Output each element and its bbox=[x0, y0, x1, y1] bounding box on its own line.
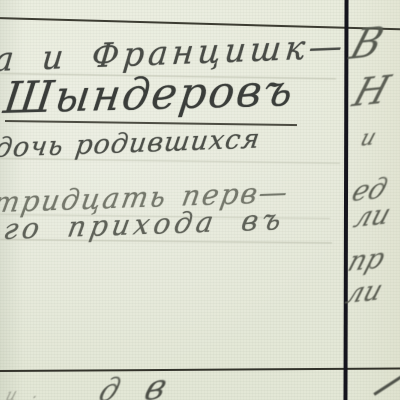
handwritten-fragment-bottom-3: и . bbox=[3, 384, 47, 400]
handwritten-fragment-bottom-2: в bbox=[140, 369, 171, 400]
handwritten-line-5: го прихода въ bbox=[2, 206, 288, 244]
handwritten-fragment-right-7: ли bbox=[343, 277, 387, 309]
handwritten-fragment-right-2: Н bbox=[349, 69, 395, 112]
table-rule-bottom bbox=[0, 367, 400, 372]
handwritten-fragment-right-3: и bbox=[357, 127, 379, 151]
handwritten-fragment-right-6: пр bbox=[345, 245, 389, 277]
handwritten-stroke-bottom-right bbox=[373, 374, 400, 396]
register-scan-page: а и Францишк— Шындеровъ дочь родившихся … bbox=[0, 0, 400, 400]
handwritten-fragment-bottom-1: д bbox=[95, 374, 124, 400]
handwritten-line-2-surname: Шындеровъ bbox=[1, 70, 297, 121]
handwritten-line-3: дочь родившихся bbox=[0, 125, 262, 161]
